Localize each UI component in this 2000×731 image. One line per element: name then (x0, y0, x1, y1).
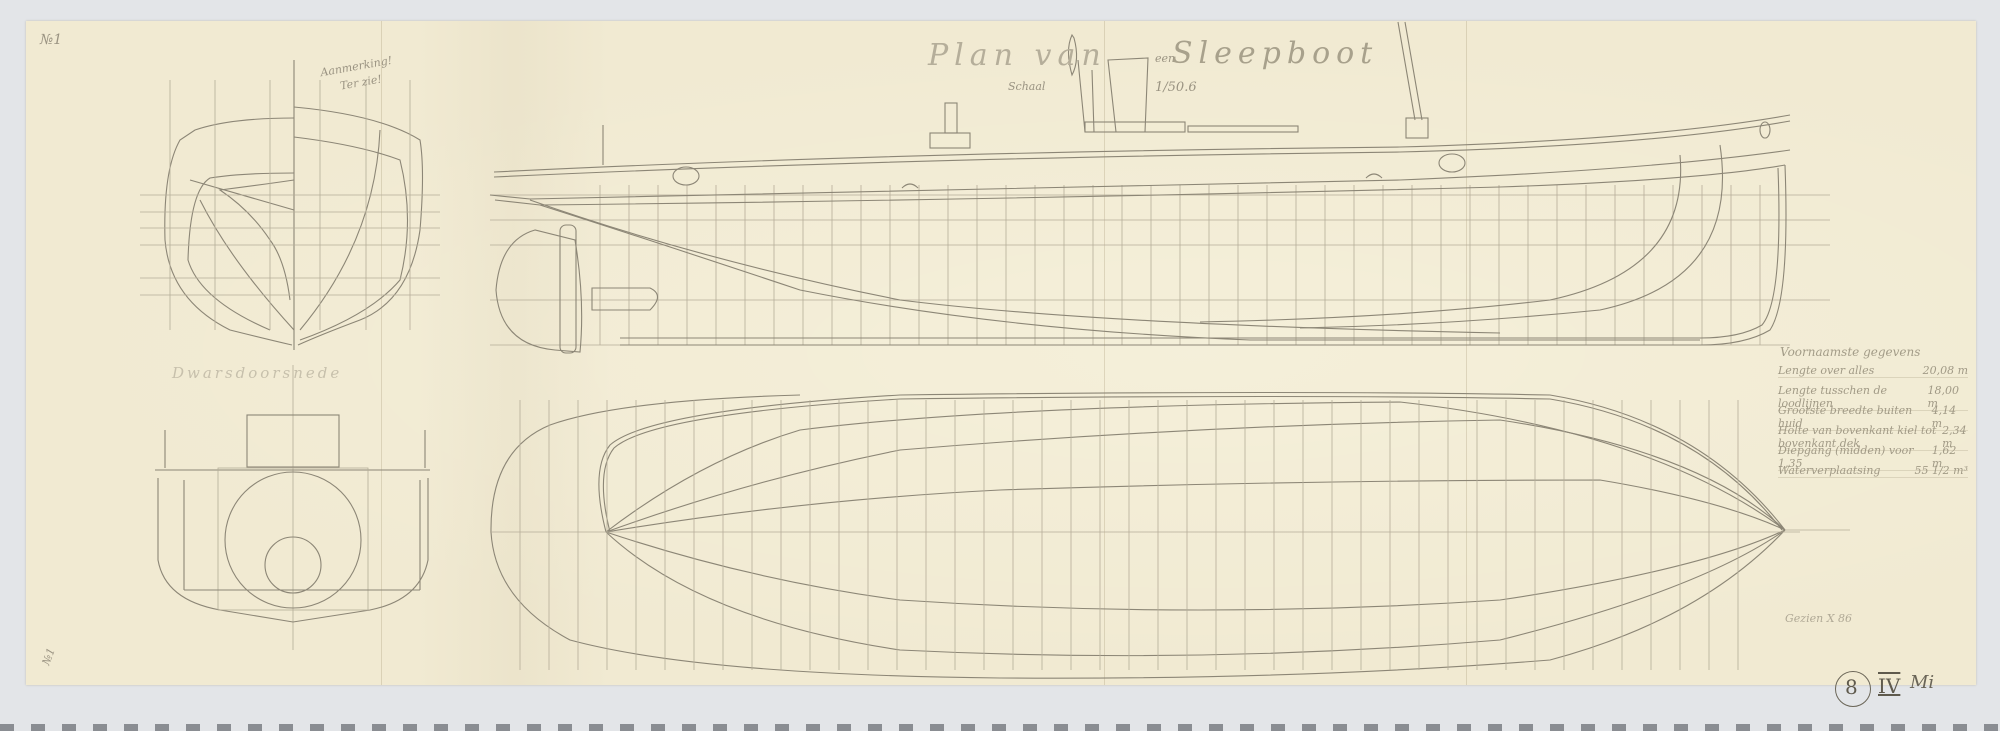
body-plan (165, 60, 423, 350)
scale-value: 1/50.6 (1155, 80, 1197, 95)
spec-heading: Voornaamste gegevens (1780, 345, 1920, 359)
archive-circle-number: 8 (1845, 675, 1858, 699)
midship-section-label: Dwarsdoorsnede (172, 364, 342, 382)
scan-border-strip (0, 724, 2000, 731)
archive-suffix: Mi (1910, 672, 1934, 693)
scale-label: Schaal (1008, 80, 1045, 93)
midship-section (155, 365, 430, 650)
spec-row: Waterverplaatsing55 1/2 m³ (1778, 464, 1968, 478)
sheet-number: №1 (40, 32, 62, 48)
bottom-right-note: Gezien X 86 (1785, 612, 1852, 625)
sheer-plan (490, 22, 1790, 353)
archive-roman-number: IV (1878, 674, 1900, 698)
title-sleepboot: Sleepboot (1172, 36, 1378, 71)
title-plan-van: Plan van (928, 38, 1107, 73)
spec-row: Lengte over alles20,08 m (1778, 364, 1968, 378)
